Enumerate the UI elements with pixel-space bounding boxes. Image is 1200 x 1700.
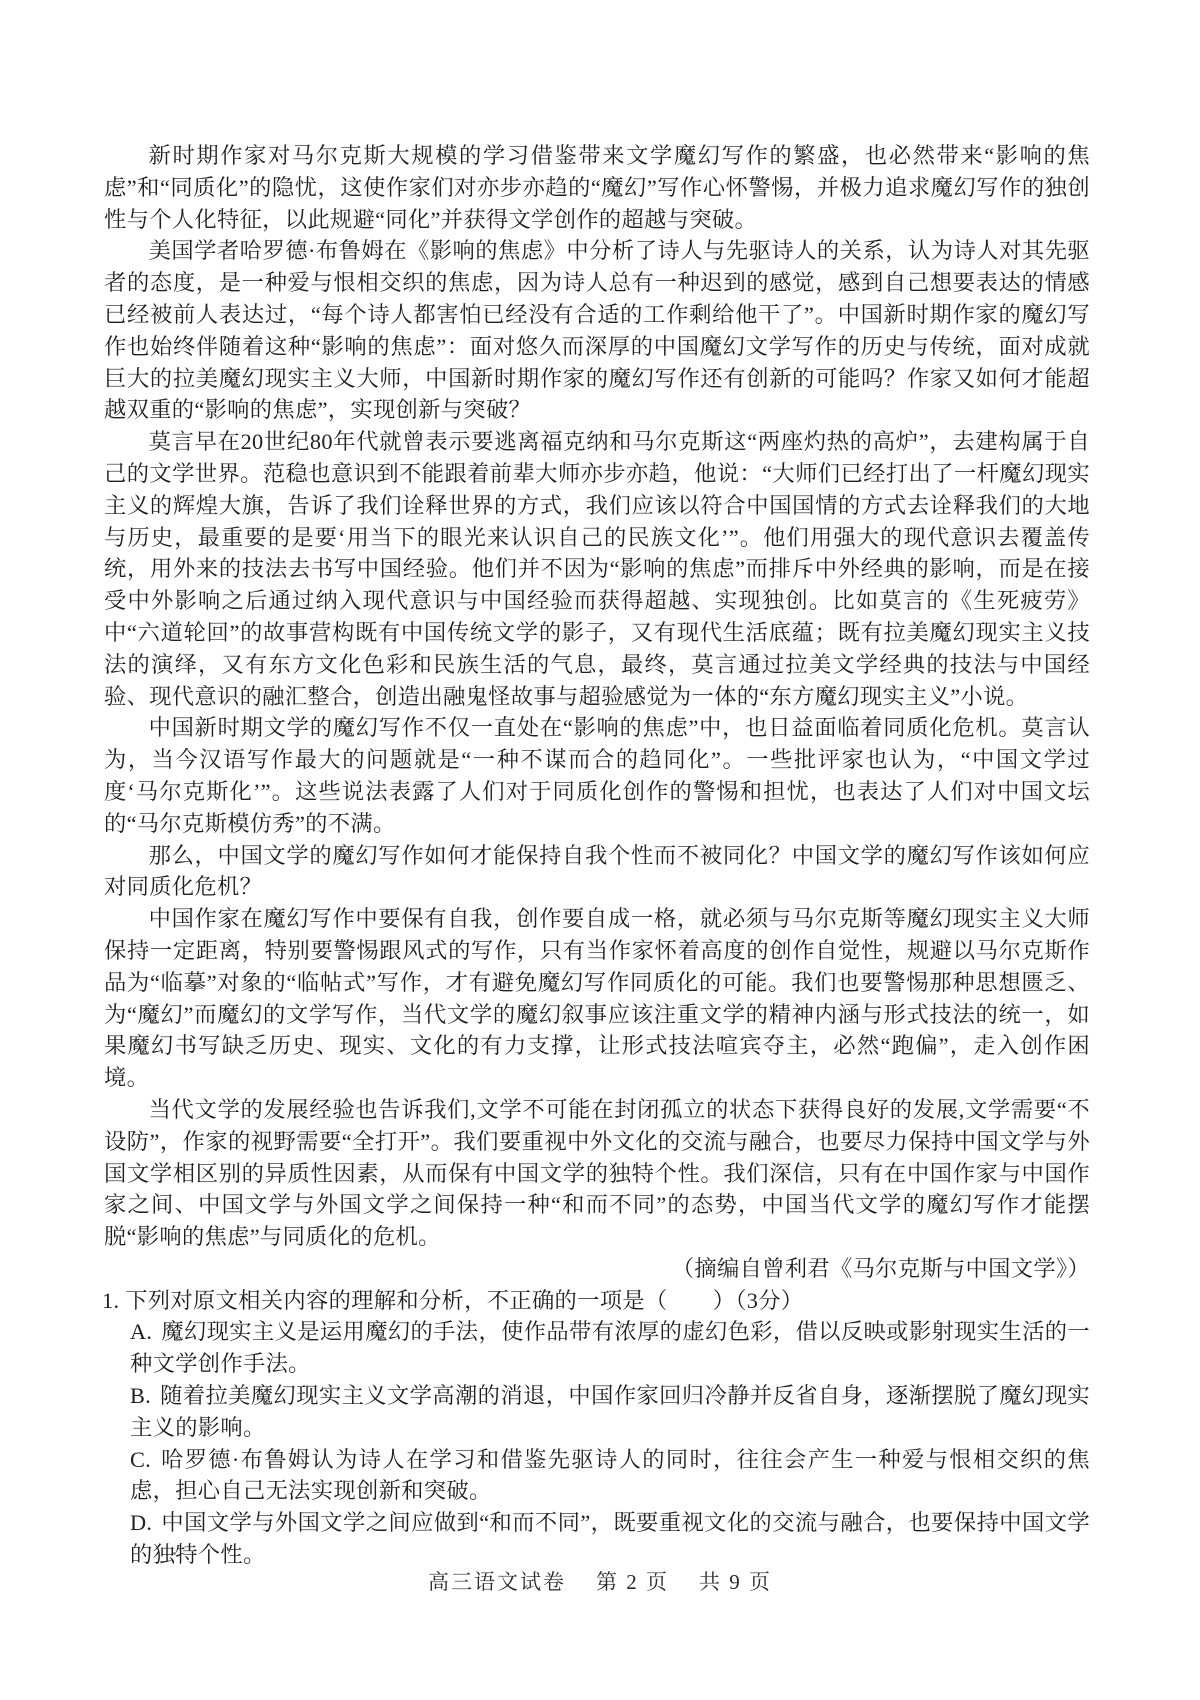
option-d: D.中国文学与外国文学之间应做到“和而不同”，既要重视文化的交流与融合，也要保持… xyxy=(130,1507,1090,1571)
question-1-stem: 1. 下列对原文相关内容的理解和分析，不正确的一项是（ ）（3分） xyxy=(102,1285,1090,1317)
passage-paragraph-1: 新时期作家对马尔克斯大规模的学习借鉴带来文学魔幻写作的繁盛，也必然带来“影响的焦… xyxy=(104,140,1090,235)
option-a-label: A. xyxy=(130,1319,152,1344)
passage-paragraph-5: 那么，中国文学的魔幻写作如何才能保持自我个性而不被同化？中国文学的魔幻写作该如何… xyxy=(104,840,1090,904)
passage-paragraph-7: 当代文学的发展经验也告诉我们,文学不可能在封闭孤立的状态下获得良好的发展,文学需… xyxy=(104,1094,1090,1253)
passage-paragraph-2: 美国学者哈罗德·布鲁姆在《影响的焦虑》中分析了诗人与先驱诗人的关系，认为诗人对其… xyxy=(104,235,1090,426)
footer-title: 高三语文试卷 xyxy=(428,1566,566,1596)
question-1-options: A.魔幻现实主义是运用魔幻的手法，使作品带有浓厚的虚幻色彩，借以反映或影射现实生… xyxy=(130,1316,1090,1570)
passage-attribution: （摘编自曾利君《马尔克斯与中国文学》） xyxy=(104,1253,1090,1285)
option-c: C.哈罗德·布鲁姆认为诗人在学习和借鉴先驱诗人的同时，往往会产生一种爱与恨相交织… xyxy=(130,1444,1090,1508)
passage-paragraph-6: 中国作家在魔幻写作中要保有自我，创作要自成一格，就必须与马尔克斯等魔幻现实主义大… xyxy=(104,903,1090,1094)
option-d-text: 中国文学与外国文学之间应做到“和而不同”，既要重视文化的交流与融合，也要保持中国… xyxy=(130,1510,1090,1567)
scan-speck xyxy=(173,1552,176,1555)
option-b-text: 随着拉美魔幻现实主义文学高潮的消退，中国作家回归冷静并反省自身，逐渐摆脱了魔幻现… xyxy=(130,1383,1090,1440)
option-d-label: D. xyxy=(130,1510,152,1535)
exam-page: 新时期作家对马尔克斯大规模的学习借鉴带来文学魔幻写作的繁盛，也必然带来“影响的焦… xyxy=(0,0,1200,1700)
option-c-label: C. xyxy=(130,1447,151,1472)
option-c-text: 哈罗德·布鲁姆认为诗人在学习和借鉴先驱诗人的同时，往往会产生一种爱与恨相交织的焦… xyxy=(130,1447,1090,1504)
passage-paragraph-4: 中国新时期文学的魔幻写作不仅一直处在“影响的焦虑”中，也日益面临着同质化危机。莫… xyxy=(104,712,1090,839)
passage-and-question: 新时期作家对马尔克斯大规模的学习借鉴带来文学魔幻写作的繁盛，也必然带来“影响的焦… xyxy=(104,140,1090,1571)
option-a: A.魔幻现实主义是运用魔幻的手法，使作品带有浓厚的虚幻色彩，借以反映或影射现实生… xyxy=(130,1316,1090,1380)
option-b: B.随着拉美魔幻现实主义文学高潮的消退，中国作家回归冷静并反省自身，逐渐摆脱了魔… xyxy=(130,1380,1090,1444)
page-footer: 高三语文试卷 第 2 页 共 9 页 xyxy=(0,1566,1200,1596)
passage-paragraph-3: 莫言早在20世纪80年代就曾表示要逃离福克纳和马尔克斯这“两座灼热的高炉”，去建… xyxy=(104,426,1090,712)
option-b-label: B. xyxy=(130,1383,151,1408)
option-a-text: 魔幻现实主义是运用魔幻的手法，使作品带有浓厚的虚幻色彩，借以反映或影射现实生活的… xyxy=(130,1319,1090,1376)
footer-page-number: 第 2 页 xyxy=(596,1566,669,1596)
footer-total-pages: 共 9 页 xyxy=(699,1566,772,1596)
